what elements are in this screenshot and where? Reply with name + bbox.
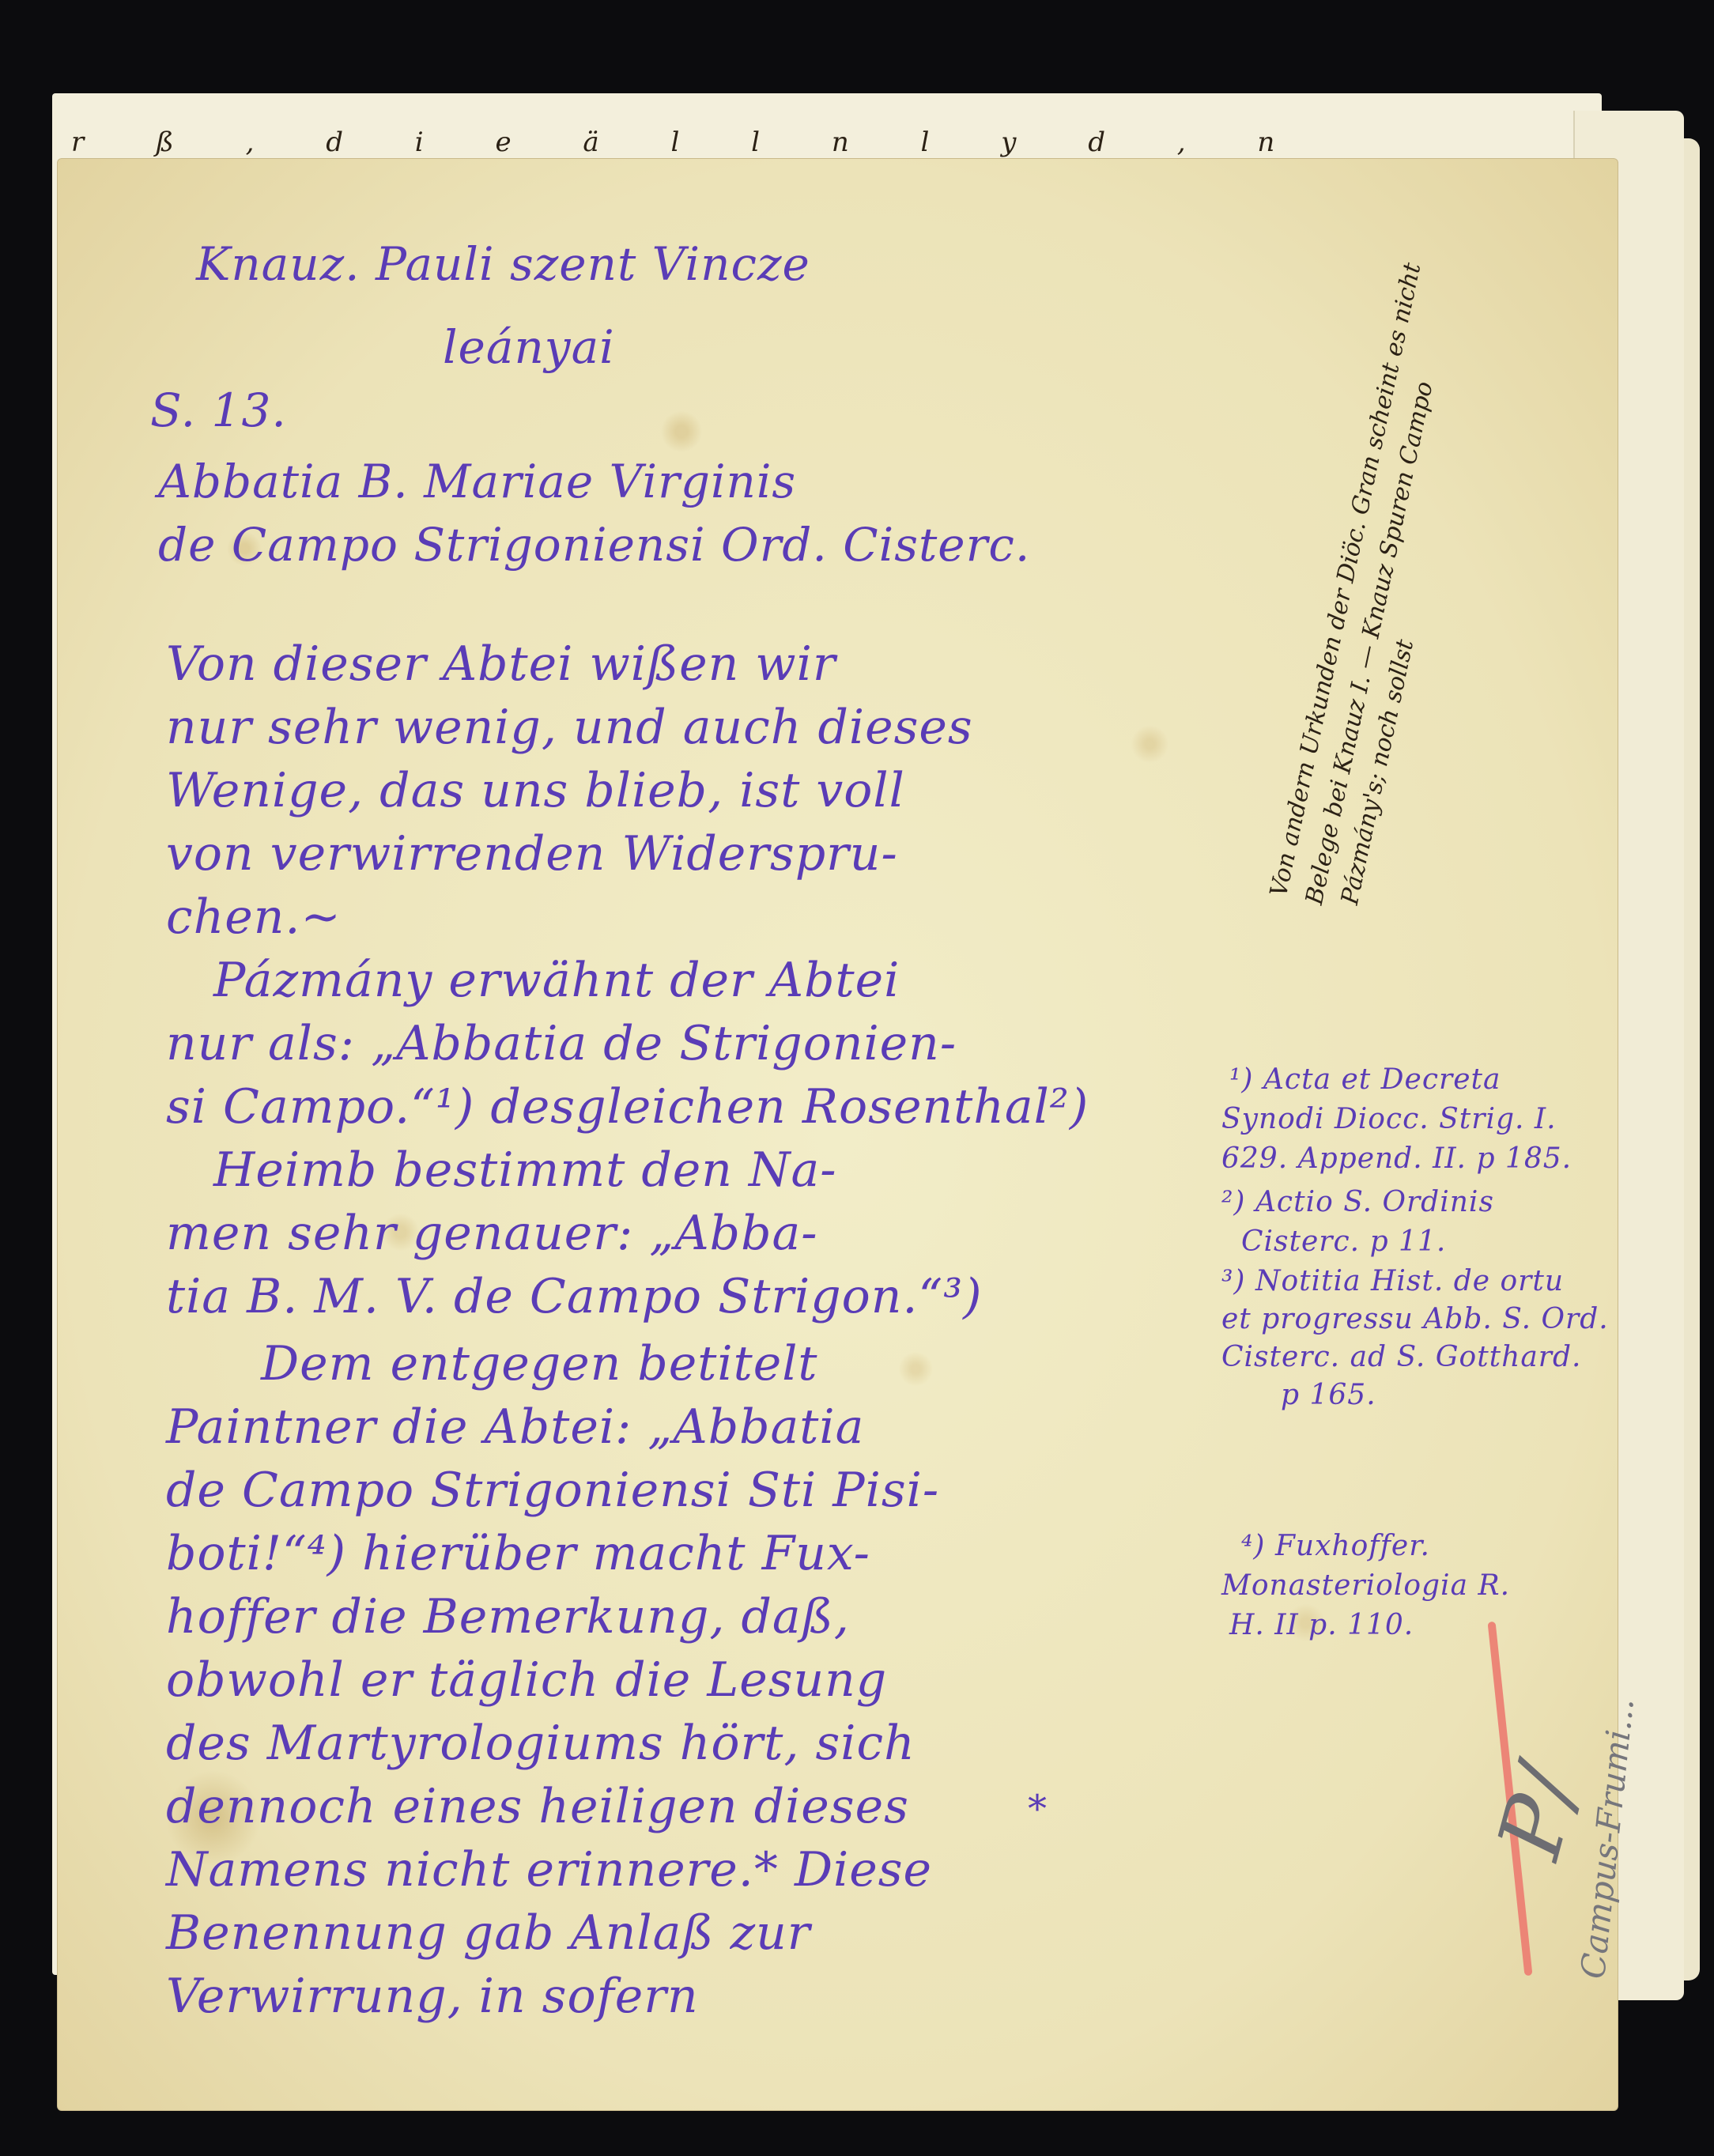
body-line: Benennung gab Anlaß zur <box>166 1909 810 1957</box>
footnote-2: ²) Actio S. Ordinis <box>1221 1186 1494 1218</box>
footnote-3: ³) Notitia Hist. de ortu <box>1221 1265 1564 1297</box>
footnote-1-line-3: 629. Append. II. p 185. <box>1221 1142 1572 1175</box>
body-line: Wenige, das uns blieb, ist voll <box>166 767 905 814</box>
body-line: hoffer die Bemerkung, daß, <box>166 1593 850 1641</box>
body-line: Von dieser Abtei wißen wir <box>166 640 836 688</box>
section-number: S. 13. <box>150 383 287 437</box>
footnote-2-line-2: Cisterc. p 11. <box>1241 1225 1446 1258</box>
footnote-3-line-2: et progressu Abb. S. Ord. <box>1221 1303 1609 1335</box>
footnote-4-line-3: H. II p. 110. <box>1229 1609 1414 1641</box>
footnote-1: ¹) Acta et Decreta <box>1229 1063 1501 1096</box>
body-line: boti!“⁴) hierüber macht Fux- <box>166 1530 870 1577</box>
footnote-text: Actio S. Ordinis <box>1255 1186 1494 1218</box>
footnote-4: ⁴) Fuxhoffer. <box>1241 1530 1430 1562</box>
footnote-4-line-2: Monasteriologia R. <box>1221 1569 1510 1602</box>
body-line: dennoch eines heiligen dieses <box>166 1783 909 1830</box>
body-line: Heimb bestimmt den Na- <box>213 1146 837 1194</box>
footnote-mark: ²) <box>1221 1186 1245 1218</box>
body-line: von verwirrenden Widerspru- <box>166 830 898 878</box>
footnote-text: Fuxhoffer. <box>1275 1530 1430 1562</box>
body-line: Verwirrung, in sofern <box>166 1973 699 2020</box>
back-page-text-fragment: r ß , d i e ä l l n l y d , n <box>71 126 1306 158</box>
heading-author-line: Knauz. Pauli szent Vincze <box>196 237 810 291</box>
body-line: obwohl er täglich die Lesung <box>166 1656 887 1704</box>
body-line: si Campo.“¹) desgleichen Rosenthal²) <box>166 1083 1089 1131</box>
footnote-mark: ³) <box>1221 1265 1245 1297</box>
footnote-1-line-2: Synodi Diocc. Strig. I. <box>1221 1103 1557 1135</box>
body-line: Paintner die Abtei: „Abbatia <box>166 1403 864 1451</box>
body-line: de Campo Strigoniensi Sti Pisi- <box>166 1467 939 1514</box>
title-line-1: Abbatia B. Mariae Virginis <box>158 455 796 508</box>
footnote-mark: ¹) <box>1229 1063 1253 1096</box>
heading-author-line-2: leányai <box>443 320 615 374</box>
footnote-text: Acta et Decreta <box>1263 1063 1501 1096</box>
body-line: Dem entgegen betitelt <box>261 1340 818 1388</box>
body-line: nur sehr wenig, und auch dieses <box>166 704 973 751</box>
body-line: Pázmány erwähnt der Abtei <box>213 957 900 1004</box>
footnote-3-line-4: p 165. <box>1281 1379 1376 1411</box>
body-line: tia B. M. V. de Campo Strigon.“³) <box>166 1273 983 1320</box>
footnote-mark: ⁴) <box>1241 1530 1265 1562</box>
body-line: nur als: „Abbatia de Strigonien- <box>166 1020 957 1067</box>
asterisk-mark: * <box>1028 1787 1048 1831</box>
body-line: men sehr genauer: „Abba- <box>166 1210 818 1257</box>
footnote-text: Notitia Hist. de ortu <box>1255 1265 1564 1297</box>
body-line: chen.~ <box>166 893 342 941</box>
title-line-2: de Campo Strigoniensi Ord. Cisterc. <box>158 518 1030 572</box>
body-line: des Martyrologiums hört, sich <box>166 1720 916 1767</box>
body-line: Namens nicht erinnere.* Diese <box>166 1846 932 1894</box>
footnote-3-line-3: Cisterc. ad S. Gotthard. <box>1221 1341 1582 1373</box>
